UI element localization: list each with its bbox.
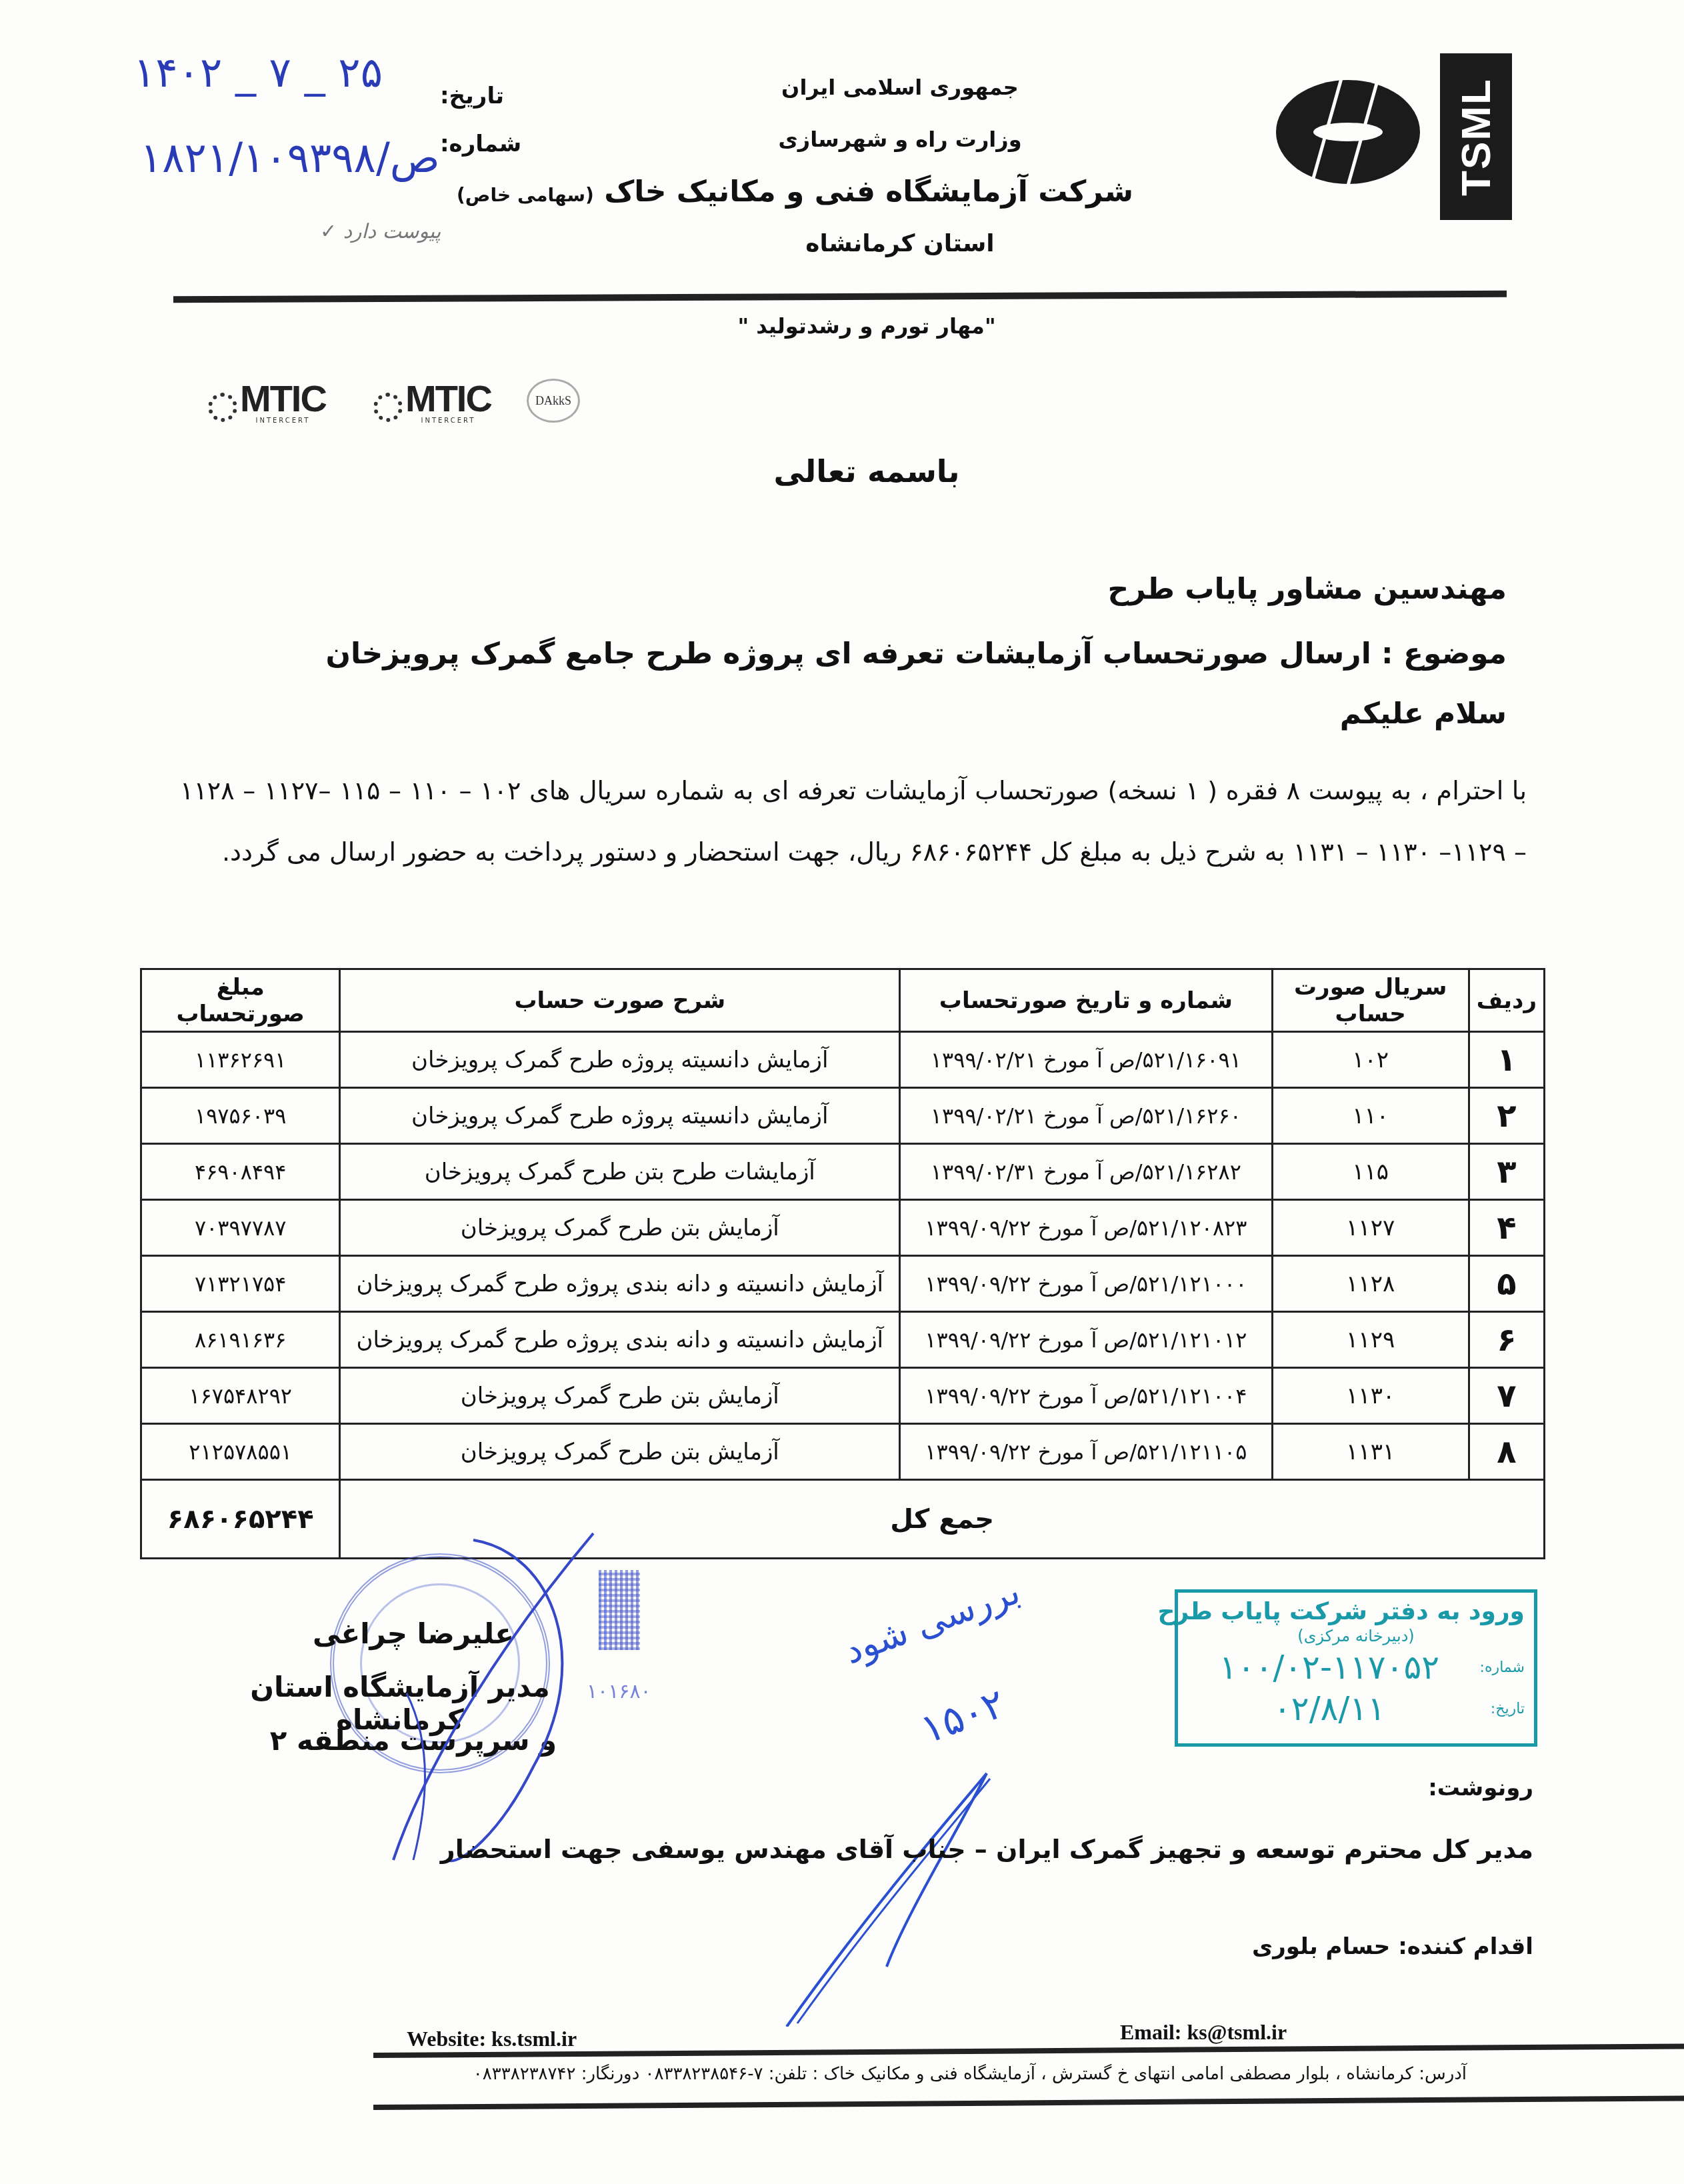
cell-invoice: ۵۲۱/۱۶۲۸۲/ص آ مورخ ۱۳۹۹/۰۲/۳۱ <box>900 1144 1272 1200</box>
cell-row-no: ۸ <box>1469 1424 1544 1480</box>
table-row: ۶ ۱۱۲۹ ۵۲۱/۱۲۱۰۱۲/ص آ مورخ ۱۳۹۹/۰۹/۲۲ آز… <box>141 1312 1545 1368</box>
slogan: "مهار تورم و رشدتولید " <box>700 313 1033 339</box>
invoice-table: ردیف سریال صورت حساب شماره و تاریخ صورتح… <box>140 968 1545 1559</box>
number-label: شماره: <box>440 131 521 157</box>
cell-amount: ۱۱۳۶۲۶۹۱ <box>141 1032 340 1088</box>
stamp-number-row: شماره: ۱۰۰/۰۲-۱۱۷۰۵۲ <box>1187 1648 1525 1687</box>
cell-row-no: ۱ <box>1469 1032 1544 1088</box>
cell-serial: ۱۱۳۱ <box>1272 1424 1469 1480</box>
header-invoice-no-date: شماره و تاریخ صورتحساب <box>900 969 1272 1032</box>
cert-logo-mtic-1: MTIC INTERCERT <box>208 380 326 425</box>
total-amount: ۶۸۶۰۶۵۲۴۴ <box>141 1480 340 1559</box>
cell-description: آزمایش دانسیته پروژه طرح گمرک پرویزخان <box>340 1088 900 1144</box>
cell-serial: ۱۱۰ <box>1272 1088 1469 1144</box>
cell-row-no: ۳ <box>1469 1144 1544 1200</box>
footer-address: آدرس: کرمانشاه ، بلوار مصطفی امامی انتها… <box>373 2064 1467 2084</box>
footer-divider-bottom <box>373 2095 1684 2110</box>
signature-stroke-icon <box>733 1747 1200 2027</box>
globe-icon <box>373 393 403 422</box>
header-divider <box>173 291 1507 303</box>
header-row-no: ردیف <box>1469 969 1544 1032</box>
handwritten-referral: بررسی شود <box>839 1570 1025 1672</box>
table-row: ۵ ۱۱۲۸ ۵۲۱/۱۲۱۰۰۰/ص آ مورخ ۱۳۹۹/۰۹/۲۲ آز… <box>141 1256 1545 1312</box>
header-company: شرکت آزمایشگاه فنی و مکانیک خاک (سهامی خ… <box>667 175 1133 209</box>
cell-serial: ۱۱۲۹ <box>1272 1312 1469 1368</box>
header-amount: مبلغ صورتحساب <box>141 969 340 1032</box>
cell-invoice: ۵۲۱/۱۶۰۹۱/ص آ مورخ ۱۳۹۹/۰۲/۲۱ <box>900 1032 1272 1088</box>
cell-invoice: ۵۲۱/۱۲۱۰۰۴/ص آ مورخ ۱۳۹۹/۰۹/۲۲ <box>900 1368 1272 1424</box>
stamp-date-row: تاریخ: ۰۲/۸/۱۱ <box>1187 1689 1525 1728</box>
cell-row-no: ۷ <box>1469 1368 1544 1424</box>
cell-invoice: ۵۲۱/۱۲۱۱۰۵/ص آ مورخ ۱۳۹۹/۰۹/۲۲ <box>900 1424 1272 1480</box>
company-name: شرکت آزمایشگاه فنی و مکانیک خاک <box>604 175 1133 209</box>
stamp-subtitle: (دبیرخانه مرکزی) <box>1187 1627 1525 1645</box>
handwritten-number: ۱ص/۸۲۱/۱۰۹۳۹۸ <box>140 133 440 182</box>
logo-text: TSML <box>1453 78 1500 196</box>
tsml-logo-disc-icon <box>1275 79 1421 185</box>
cell-description: آزمایش بتن طرح گمرک پرویزخان <box>340 1200 900 1256</box>
greeting: سلام علیکم <box>1000 697 1507 731</box>
cc-label: رونوشت: <box>1133 1775 1533 1801</box>
cell-serial: ۱۱۲۷ <box>1272 1200 1469 1256</box>
cell-row-no: ۵ <box>1469 1256 1544 1312</box>
cell-invoice: ۵۲۱/۱۶۲۶۰/ص آ مورخ ۱۳۹۹/۰۲/۲۱ <box>900 1088 1272 1144</box>
header-ministry: وزارت راه و شهرسازی <box>733 127 1067 152</box>
footer-email: Email: ks@tsml.ir <box>1120 2020 1287 2045</box>
cell-description: آزمایش بتن طرح گمرک پرویزخان <box>340 1368 900 1424</box>
signature-scribble-icon <box>313 1527 660 1873</box>
cell-row-no: ۲ <box>1469 1088 1544 1144</box>
letter-body: با احترام ، به پیوست ۸ فقره ( ۱ نسخه) صو… <box>180 760 1527 883</box>
cert-logo-dakks: DAkkS <box>527 379 580 423</box>
cell-serial: ۱۰۲ <box>1272 1032 1469 1088</box>
stamp-date-label: تاریخ: <box>1471 1701 1525 1717</box>
cc-recipient: مدیر کل محترم توسعه و تجهیز گمرک ایران –… <box>587 1835 1533 1864</box>
cell-invoice: ۵۲۱/۱۲۱۰۱۲/ص آ مورخ ۱۳۹۹/۰۹/۲۲ <box>900 1312 1272 1368</box>
subject-line: موضوع : ارسال صورتحساب آزمایشات تعرفه ای… <box>400 637 1507 671</box>
cell-description: آزمایشات طرح بتن طرح گمرک پرویزخان <box>340 1144 900 1200</box>
cell-amount: ۴۶۹۰۸۴۹۴ <box>141 1144 340 1200</box>
tsml-logo-bar: TSML <box>1440 53 1512 220</box>
header-serial: سریال صورت حساب <box>1272 969 1469 1032</box>
cell-amount: ۲۱۲۵۷۸۵۵۱ <box>141 1424 340 1480</box>
date-label: تاریخ: <box>440 83 504 109</box>
table-row: ۲ ۱۱۰ ۵۲۱/۱۶۲۶۰/ص آ مورخ ۱۳۹۹/۰۲/۲۱ آزما… <box>141 1088 1545 1144</box>
header-country: جمهوری اسلامی ایران <box>733 75 1067 100</box>
table-row: ۸ ۱۱۳۱ ۵۲۱/۱۲۱۱۰۵/ص آ مورخ ۱۳۹۹/۰۹/۲۲ آز… <box>141 1424 1545 1480</box>
table-row: ۷ ۱۱۳۰ ۵۲۱/۱۲۱۰۰۴/ص آ مورخ ۱۳۹۹/۰۹/۲۲ آز… <box>141 1368 1545 1424</box>
cell-amount: ۱۶۷۵۴۸۲۹۲ <box>141 1368 340 1424</box>
cert-name: MTIC <box>240 380 326 417</box>
handwritten-referral-number: ۱۵۰۲ <box>915 1680 1011 1753</box>
stamp-date-value: ۰۲/۸/۱۱ <box>1187 1689 1471 1728</box>
table-row: ۳ ۱۱۵ ۵۲۱/۱۶۲۸۲/ص آ مورخ ۱۳۹۹/۰۲/۳۱ آزما… <box>141 1144 1545 1200</box>
cell-row-no: ۶ <box>1469 1312 1544 1368</box>
addressee: مهندسین مشاور پایاب طرح <box>1000 572 1507 606</box>
handwritten-attachment-note: پیوست دارد ✓ <box>320 220 441 243</box>
footer-website: Website: ks.tsml.ir <box>407 2027 577 2051</box>
cell-description: آزمایش دانسیته پروژه طرح گمرک پرویزخان <box>340 1032 900 1088</box>
table-row: ۱ ۱۰۲ ۵۲۱/۱۶۰۹۱/ص آ مورخ ۱۳۹۹/۰۲/۲۱ آزما… <box>141 1032 1545 1088</box>
bismillah: باسمه تعالی <box>733 453 1000 489</box>
stamp-title: ورود به دفتر شرکت پایاب طرح <box>1187 1598 1525 1625</box>
cell-amount: ۸۶۱۹۱۶۳۶ <box>141 1312 340 1368</box>
cell-serial: ۱۱۵ <box>1272 1144 1469 1200</box>
cell-description: آزمایش دانسیته و دانه بندی پروژه طرح گمر… <box>340 1256 900 1312</box>
table-row: ۴ ۱۱۲۷ ۵۲۱/۱۲۰۸۲۳/ص آ مورخ ۱۳۹۹/۰۹/۲۲ آز… <box>141 1200 1545 1256</box>
table-header-row: ردیف سریال صورت حساب شماره و تاریخ صورتح… <box>141 969 1545 1032</box>
cell-invoice: ۵۲۱/۱۲۱۰۰۰/ص آ مورخ ۱۳۹۹/۰۹/۲۲ <box>900 1256 1272 1312</box>
cert-logo-mtic-2: MTIC INTERCERT <box>373 380 491 425</box>
cell-amount: ۷۰۳۹۷۷۸۷ <box>141 1200 340 1256</box>
cell-amount: ۷۱۳۲۱۷۵۴ <box>141 1256 340 1312</box>
cell-description: آزمایش دانسیته و دانه بندی پروژه طرح گمر… <box>340 1312 900 1368</box>
stamp-number-label: شماره: <box>1471 1659 1525 1676</box>
company-suffix: (سهامی خاص) <box>457 184 594 206</box>
globe-icon <box>208 393 237 422</box>
cell-description: آزمایش بتن طرح گمرک پرویزخان <box>340 1424 900 1480</box>
cert-name: MTIC <box>405 380 491 417</box>
stamp-number-value: ۱۰۰/۰۲-۱۱۷۰۵۲ <box>1187 1648 1471 1687</box>
action-by: اقدام کننده: حسام بلوری <box>1133 1933 1533 1960</box>
cell-amount: ۱۹۷۵۶۰۳۹ <box>141 1088 340 1144</box>
handwritten-date: ۱۴۰۲ _ ۷ _ ۲۵ <box>133 48 383 97</box>
cell-row-no: ۴ <box>1469 1200 1544 1256</box>
header-province: استان کرمانشاه <box>733 230 1067 257</box>
header-description: شرح صورت حساب <box>340 969 900 1032</box>
cell-invoice: ۵۲۱/۱۲۰۸۲۳/ص آ مورخ ۱۳۹۹/۰۹/۲۲ <box>900 1200 1272 1256</box>
receipt-stamp: ورود به دفتر شرکت پایاب طرح (دبیرخانه مر… <box>1175 1589 1537 1747</box>
cell-serial: ۱۱۳۰ <box>1272 1368 1469 1424</box>
cell-serial: ۱۱۲۸ <box>1272 1256 1469 1312</box>
